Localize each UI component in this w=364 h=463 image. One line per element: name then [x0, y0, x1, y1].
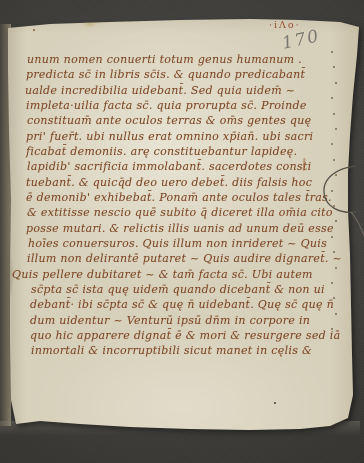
- dirt-speck: [274, 402, 276, 404]
- text-line: impleta·uilia facta sc̄. quia prorupta s…: [26, 99, 307, 112]
- text-line: ē demonib' exhibebat̄. Ponam̄ ante oculo…: [26, 191, 332, 204]
- text-line: hoīes conuersuros. Quis illum non inride…: [28, 237, 327, 250]
- discoloration-stain: [82, 19, 98, 28]
- pricking-hole: [333, 159, 335, 161]
- text-line: ficabat̄ demoniis. arę constituebantur l…: [26, 145, 297, 158]
- pricking-hole: [331, 282, 333, 284]
- pricking-hole: [331, 143, 333, 145]
- pricking-hole: [335, 82, 337, 84]
- text-line: Quis pellere dubitaret ~ & tam̄ facta sc…: [12, 268, 313, 281]
- manuscript-photo: ·iΛo· 170 unum nomen conuerti totum genu…: [0, 0, 364, 463]
- text-line: posse mutari. & relictis illis uanis ad …: [26, 222, 334, 235]
- pricking-hole: [331, 97, 333, 99]
- text-line: inmortali & incorruptibili sicut manet i…: [31, 344, 312, 357]
- quire-mark-ink: ·iΛo·: [269, 20, 301, 31]
- pricking-hole: [333, 205, 335, 207]
- text-line: unum nomen conuerti totum genus humanum …: [27, 53, 302, 66]
- text-line: pri' fuer̄t. ubi nullus erat omnino xp̄i…: [26, 130, 313, 143]
- text-line: predicta sc̄ in libris sc̄is. & quando p…: [26, 68, 305, 81]
- text-line: quo hic apparere dignat̄ ē & mori & resu…: [30, 329, 340, 342]
- pricking-hole: [335, 220, 337, 222]
- pricking-hole: [333, 113, 335, 115]
- text-line: dum uidentur ~ Venturū ipsū dn̄m in corp…: [30, 314, 310, 327]
- page-wrap: ·iΛo· 170 unum nomen conuerti totum genu…: [0, 0, 364, 463]
- pricking-hole: [335, 174, 337, 176]
- text-line: ualde incredibilia uidebant̄. Sed quia u…: [25, 84, 295, 97]
- text-line: tuebant̄. & quicq̄d deo uero debet̄. dii…: [26, 176, 312, 189]
- pricking-hole: [335, 128, 337, 130]
- pricking-hole: [335, 267, 337, 269]
- pricking-hole: [331, 190, 333, 192]
- text-line: debant̄· ibi sc̄pta sc̄ & quę n̄ uideban…: [30, 298, 334, 311]
- parchment-page: ·iΛo· 170 unum nomen conuerti totum genu…: [0, 0, 364, 463]
- text-line: sc̄pta sc̄ ista quę uidem̄ quando diceba…: [31, 283, 325, 296]
- text-line: constituam̄ ante oculos terras & om̄s ge…: [27, 114, 311, 127]
- pricking-hole: [331, 236, 333, 238]
- edge-stain: [0, 248, 14, 306]
- pricking-hole: [335, 313, 337, 315]
- text-line: lapidib' sacrificia immolabant̄. sacerdo…: [27, 160, 311, 173]
- pricking-hole: [331, 51, 333, 53]
- ink-speck: [33, 29, 35, 31]
- text-line: illum non delirantē putaret ~ Quis audir…: [27, 252, 342, 265]
- pricking-hole: [333, 66, 335, 68]
- text-line: & extitisse nescio quē subito q̄ diceret…: [27, 206, 333, 219]
